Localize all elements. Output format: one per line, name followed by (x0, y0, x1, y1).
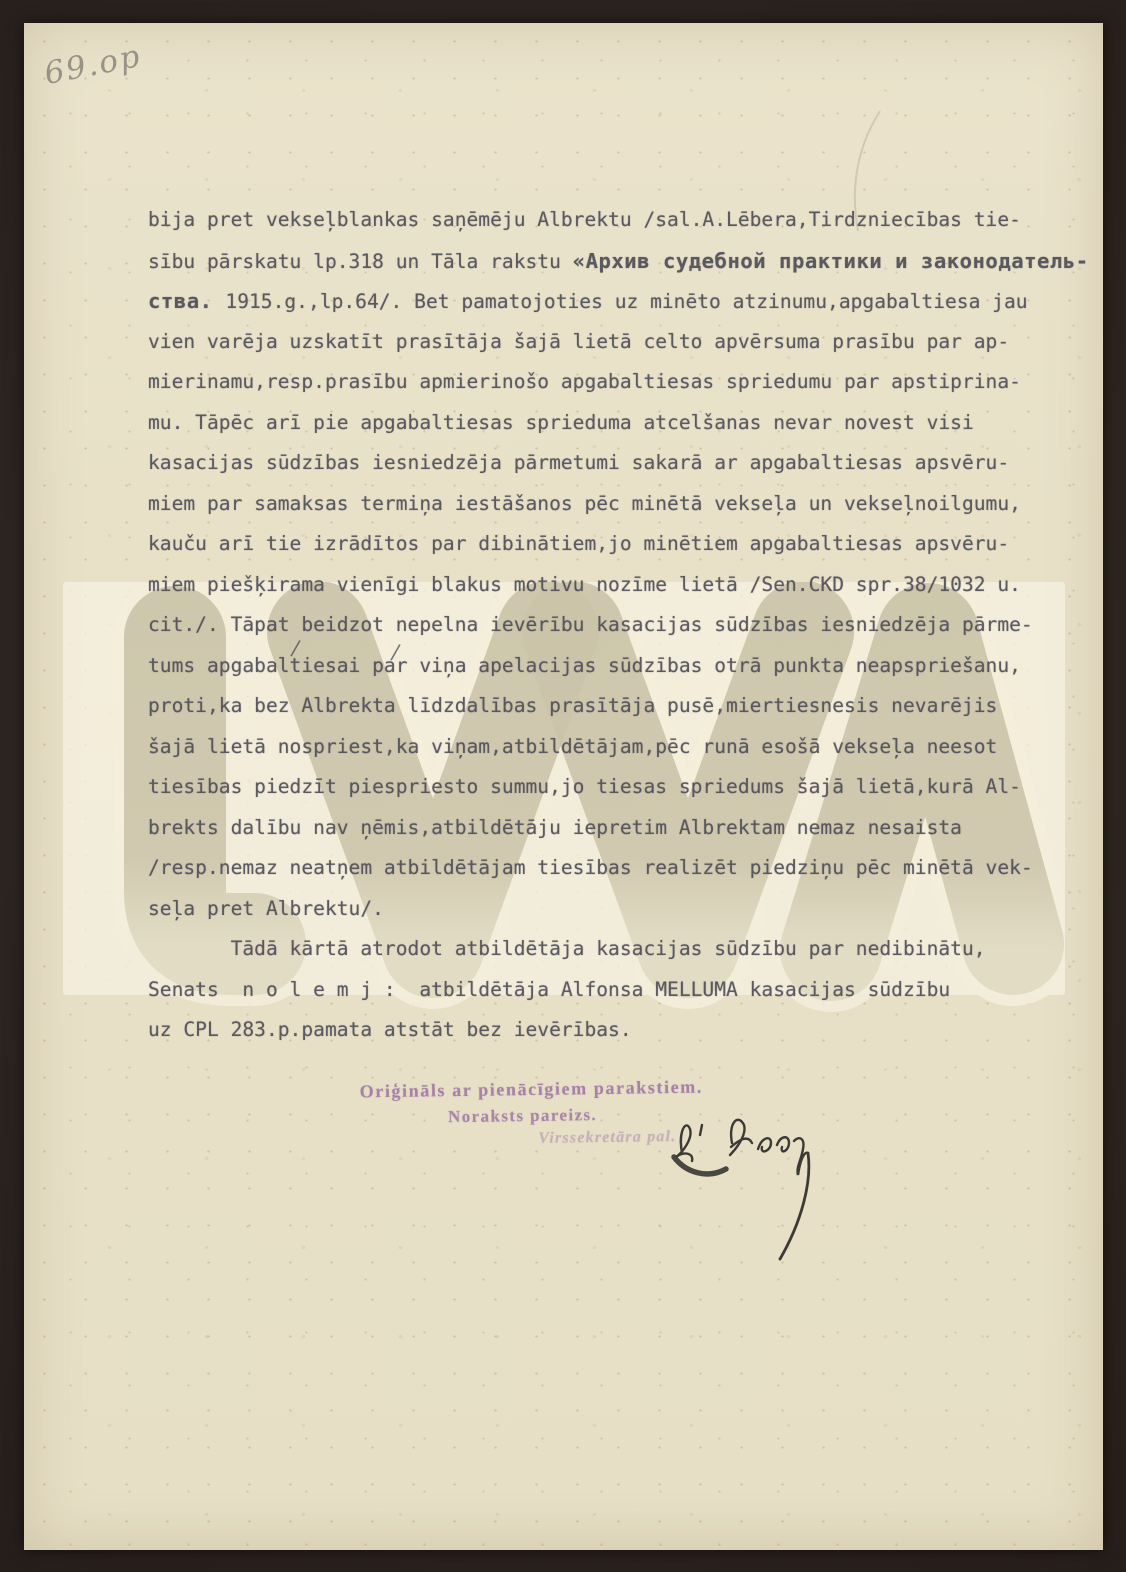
typed-segment: /resp.nemaz neatņem atbildētājam tiesība… (148, 856, 1033, 879)
typed-line: šajā lietā nospriest,ka viņam,atbildētāj… (148, 727, 1089, 768)
typed-segment: Senats n o l e m j : atbildētāja Alfonsa… (148, 978, 950, 1001)
stamp-line-original: Oriģināls ar pienācīgiem parakstiem. (360, 1077, 704, 1103)
typed-line: miem piešķirama vienīgi blakus motivu no… (148, 565, 1089, 606)
typed-segment: proti,ka bez Albrekta līdzdalības prasīt… (148, 694, 997, 717)
typed-segment: mierinamu,resp.prasību apmierinošo apgab… (148, 370, 1021, 393)
typed-line: ства. 1915.g.,lp.64/. Bet pamatojoties u… (148, 281, 1089, 322)
typed-text-block: bija pret vekseļblankas saņēmēju Albrekt… (148, 200, 1089, 1051)
typed-segment: šajā lietā nospriest,ka viņam,atbildētāj… (148, 735, 997, 758)
typed-line: bija pret vekseļblankas saņēmēju Albrekt… (148, 200, 1089, 241)
typed-line: /resp.nemaz neatņem atbildētājam tiesība… (148, 848, 1089, 889)
typed-line: Senats n o l e m j : atbildētāja Alfonsa… (148, 970, 1089, 1011)
typed-segment: kauču arī tie izrādītos par dibinātiem,j… (148, 532, 1009, 555)
typed-line: Tādā kārtā atrodot atbildētāja kasacijas… (148, 929, 1089, 970)
typed-line: uz CPL 283.p.pamata atstāt bez ievērības… (148, 1010, 1089, 1051)
typed-line: mu. Tāpēc arī pie apgabaltiesas spriedum… (148, 403, 1089, 444)
typed-segment: uz CPL 283.p.pamata atstāt bez ievērības… (148, 1018, 632, 1041)
typed-line: brekts dalību nav ņēmis,atbildētāju iepr… (148, 808, 1089, 849)
typed-line: seļa pret Albrektu/. (148, 889, 1089, 930)
typed-line: vien varēja uzskatīt prasītāja šajā liet… (148, 322, 1089, 363)
typed-line: tums apgabaltiesai par viņa apelacijas s… (148, 646, 1089, 687)
typed-line: sību pārskatu lp.318 un Tāla rakstu «Арх… (148, 241, 1089, 282)
typed-line: miem par samaksas termiņa iestāšanos pēc… (148, 484, 1089, 525)
typed-line: kauču arī tie izrādītos par dibinātiem,j… (148, 524, 1089, 565)
typed-segment: mu. Tāpēc arī pie apgabaltiesas spriedum… (148, 411, 974, 434)
pencil-archival-note: 69.op (41, 38, 144, 92)
typed-segment: cit./. Tāpat beidzot nepelna ievērību ka… (148, 613, 1033, 636)
typed-line: proti,ka bez Albrekta līdzdalības prasīt… (148, 686, 1089, 727)
typed-segment: miem piešķirama vienīgi blakus motivu no… (148, 573, 1021, 596)
typed-line: mierinamu,resp.prasību apmierinošo apgab… (148, 362, 1089, 403)
typed-line: kasacijas sūdzības iesniedzēja pārmetumi… (148, 443, 1089, 484)
typed-segment: brekts dalību nav ņēmis,atbildētāju iepr… (148, 816, 962, 839)
typed-segment: 1915.g.,lp.64/. Bet pamatojoties uz minē… (225, 290, 1027, 313)
signature (652, 1101, 812, 1281)
typed-segment-cyrillic: ства. (148, 289, 225, 313)
typed-segment: vien varēja uzskatīt prasītāja šajā liet… (148, 330, 1009, 353)
typed-segment: tums apgabaltiesai par viņa apelacijas s… (148, 654, 1021, 677)
document-page: 69.op LVVA (24, 23, 1103, 1550)
scan-background: { "page_note": "69.op", "watermark_text"… (0, 0, 1126, 1572)
typed-segment: tiesības piedzīt piespriesto summu,jo ti… (148, 775, 1021, 798)
typed-segment: miem par samaksas termiņa iestāšanos pēc… (148, 492, 1021, 515)
typed-line: cit./. Tāpat beidzot nepelna ievērību ka… (148, 605, 1089, 646)
typed-segment: Tādā kārtā atrodot atbildētāja kasacijas… (148, 937, 986, 960)
typed-segment: bija pret vekseļblankas saņēmēju Albrekt… (148, 208, 1021, 231)
typed-segment: seļa pret Albrektu/. (148, 897, 384, 920)
typed-line: tiesības piedzīt piespriesto summu,jo ti… (148, 767, 1089, 808)
typed-segment: sību pārskatu lp.318 un Tāla rakstu (148, 250, 573, 273)
typed-segment: kasacijas sūdzības iesniedzēja pārmetumi… (148, 451, 1009, 474)
typed-segment-cyrillic: «Архив судебной практики и законодатель- (573, 249, 1089, 273)
